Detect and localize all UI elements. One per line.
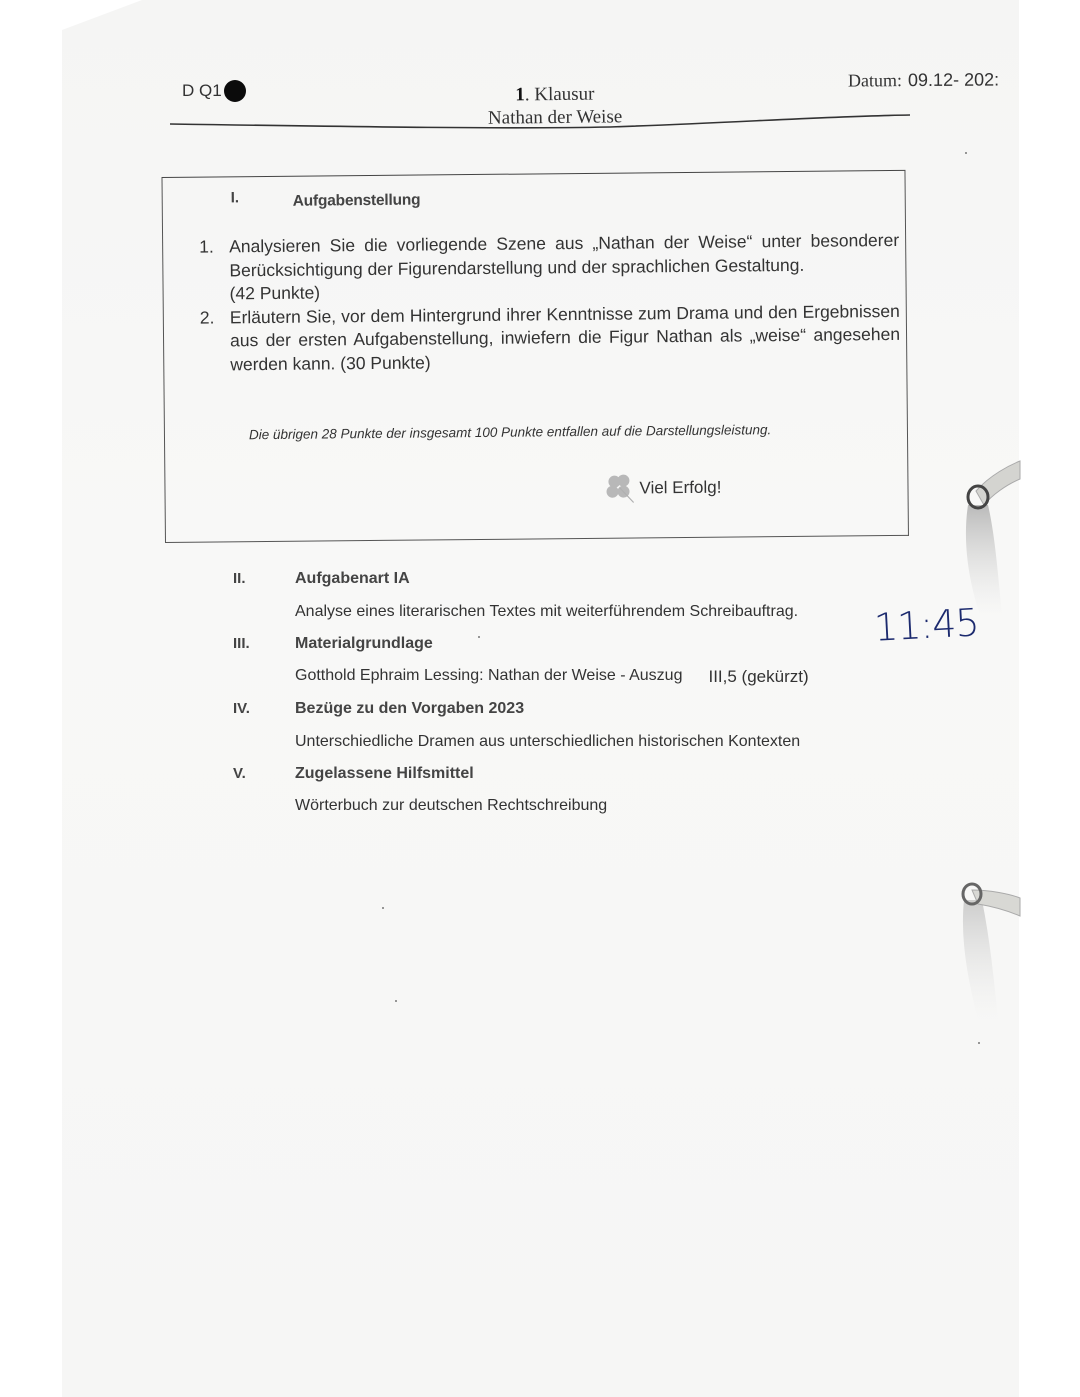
exam-number: 1 <box>515 84 525 105</box>
task-box: I. Aufgabenstellung 1. Analysieren Sie d… <box>161 170 908 543</box>
section-detail-extra: III,5 (gekürzt) <box>708 667 808 687</box>
paper-speck <box>395 1000 397 1002</box>
section-detail: Wörterbuch zur deutschen Rechtschreibung <box>295 797 607 815</box>
section-row: III. Materialgrundlage <box>233 635 433 653</box>
course-code: D Q1 <box>182 81 222 101</box>
section-detail-row: Wörterbuch zur deutschen Rechtschreibung <box>233 797 607 815</box>
section-detail: Unterschiedliche Dramen aus unterschiedl… <box>295 733 800 751</box>
task-item: 2. Erläutern Sie, vor dem Hintergrund ih… <box>200 299 901 376</box>
task-number: 2. <box>200 306 231 377</box>
section-detail: Gotthold Ephraim Lessing: Nathan der Wei… <box>295 667 682 687</box>
section-number: I. <box>231 189 240 206</box>
four-leaf-clover-icon <box>603 471 637 505</box>
date-value: 09.12- 202: <box>908 69 999 90</box>
section-number: II. <box>233 570 295 588</box>
section-row: IV. Bezüge zu den Vorgaben 2023 <box>233 700 524 718</box>
paper-speck <box>382 907 384 909</box>
task-text: Analysieren Sie die vorliegende Szene au… <box>229 229 899 282</box>
exam-heading: 1. Klausur <box>440 82 670 107</box>
redaction-dot <box>224 80 246 102</box>
points-note: Die übrigen 28 Punkte der insgesamt 100 … <box>249 422 771 442</box>
paper-speck <box>978 1042 980 1044</box>
binder-ring-icon <box>940 455 1030 615</box>
task-item: 1. Analysieren Sie die vorliegende Szene… <box>199 229 900 306</box>
section-title: Bezüge zu den Vorgaben 2023 <box>295 700 524 718</box>
header-rule <box>170 113 910 133</box>
section-detail-row: Unterschiedliche Dramen aus unterschiedl… <box>233 733 800 751</box>
section-number: V. <box>233 765 295 783</box>
task-list: 1. Analysieren Sie die vorliegende Szene… <box>199 229 900 377</box>
section-detail-row: Analyse eines literarischen Textes mit w… <box>233 603 798 621</box>
section-title: Materialgrundlage <box>295 635 433 653</box>
section-row: V. Zugelassene Hilfsmittel <box>233 765 474 783</box>
section-row: II. Aufgabenart IA <box>233 570 410 588</box>
task-number: 1. <box>199 235 230 306</box>
date-field: Datum:09.12- 202: <box>848 69 999 91</box>
course-label: D Q1 <box>182 80 246 102</box>
section-title: Aufgabenart IA <box>295 570 410 588</box>
section-title: Aufgabenstellung <box>293 192 421 211</box>
good-luck: Viel Erfolg! <box>603 471 721 506</box>
paper-speck <box>965 152 967 154</box>
section-number: IV. <box>233 700 295 718</box>
section-title: Zugelassene Hilfsmittel <box>295 765 474 783</box>
section-number: III. <box>233 635 295 653</box>
task-text: Erläutern Sie, vor dem Hintergrund ihrer… <box>230 299 901 376</box>
binder-ring-icon <box>950 870 1030 1020</box>
exam-label: . Klausur <box>525 84 595 106</box>
section-detail: Analyse eines literarischen Textes mit w… <box>295 603 798 621</box>
section-detail-row: Gotthold Ephraim Lessing: Nathan der Wei… <box>233 667 809 687</box>
date-label: Datum: <box>848 70 902 90</box>
good-luck-text: Viel Erfolg! <box>639 478 721 499</box>
paper-speck <box>478 636 480 638</box>
